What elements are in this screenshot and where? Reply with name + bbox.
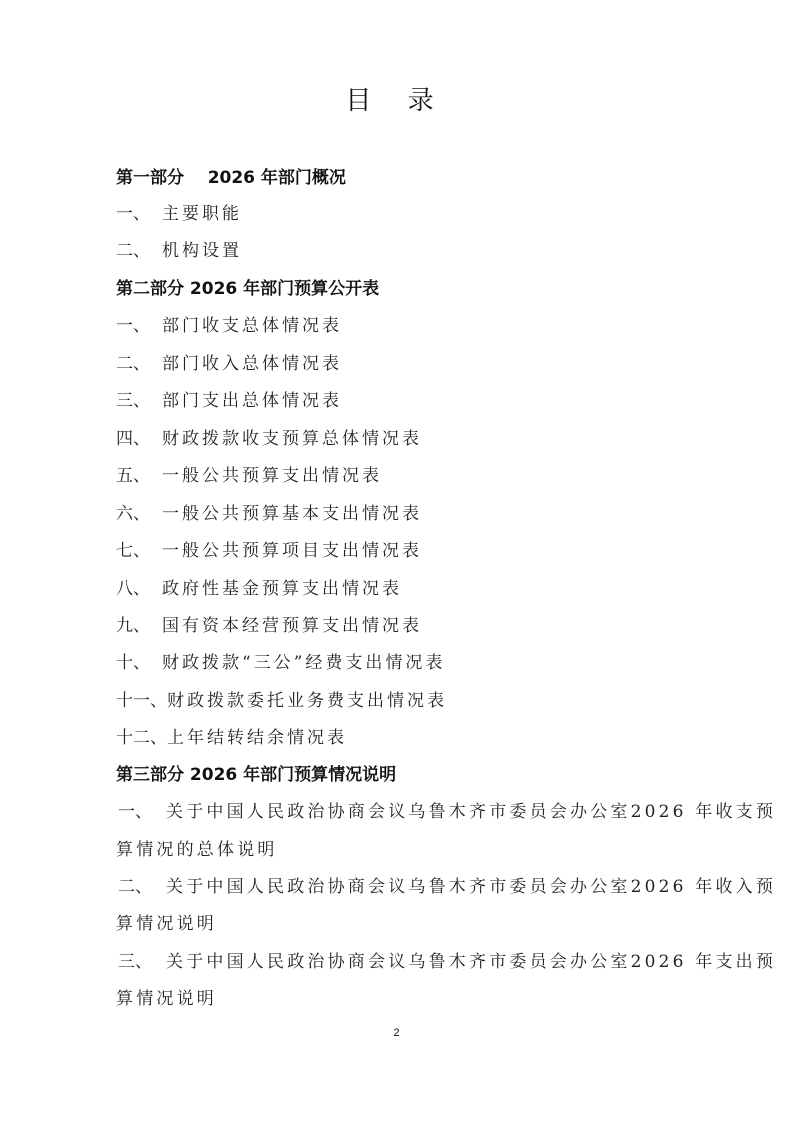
part-label: 第一部分 xyxy=(116,168,184,188)
toc-item[interactable]: 一、部门收支总体情况表 xyxy=(116,315,342,337)
part-title: 2026 年部门预算公开表 xyxy=(190,279,379,299)
item-text: 上年结转结余情况表 xyxy=(167,728,347,748)
item-text-continued: 算情况的总体说明 xyxy=(116,840,278,860)
toc-paragraph-3-line-1[interactable]: 三、关于中国人民政治协商会议乌鲁木齐市委员会办公室2026 年支出预 xyxy=(116,951,776,973)
item-text-continued: 算情况说明 xyxy=(116,914,217,934)
toc-part-1[interactable]: 第一部分 2026 年部门概况 xyxy=(116,167,346,189)
part-title: 2026 年部门预算情况说明 xyxy=(190,765,396,785)
item-number: 三、 xyxy=(118,952,152,972)
page-title: 目 录 xyxy=(0,80,793,117)
item-text: 部门收入总体情况表 xyxy=(162,354,342,374)
toc-item[interactable]: 九、国有资本经营预算支出情况表 xyxy=(116,615,422,637)
item-text: 财政拨款收支预算总体情况表 xyxy=(162,429,422,449)
toc-item[interactable]: 十二、上年结转结余情况表 xyxy=(116,727,347,749)
page-number: 2 xyxy=(0,1027,793,1039)
item-text: 主要职能 xyxy=(162,204,242,224)
item-number: 五、 xyxy=(116,465,162,487)
item-text-continued: 算情况说明 xyxy=(116,989,217,1009)
item-number: 六、 xyxy=(116,503,162,525)
item-text: 关于中国人民政治协商会议乌鲁木齐市委员会办公室2026 年支出预 xyxy=(166,952,776,972)
item-text: 关于中国人民政治协商会议乌鲁木齐市委员会办公室2026 年收支预 xyxy=(166,802,776,822)
toc-item[interactable]: 十、财政拨款“三公”经费支出情况表 xyxy=(116,652,445,674)
item-text: 一般公共预算支出情况表 xyxy=(162,466,382,486)
item-number: 四、 xyxy=(116,428,162,450)
item-text: 财政拨款“三公”经费支出情况表 xyxy=(162,653,445,673)
toc-paragraph-1-line-1[interactable]: 一、关于中国人民政治协商会议乌鲁木齐市委员会办公室2026 年收支预 xyxy=(116,801,776,823)
part-title: 2026 年部门概况 xyxy=(208,168,346,188)
item-number: 二、 xyxy=(116,240,162,262)
item-number: 二、 xyxy=(118,877,152,897)
item-text: 机构设置 xyxy=(162,241,242,261)
toc-paragraph-1-line-2[interactable]: 算情况的总体说明 xyxy=(116,839,278,861)
item-number: 十二、 xyxy=(116,727,167,749)
item-number: 一、 xyxy=(118,802,152,822)
item-number: 二、 xyxy=(116,353,162,375)
toc-item[interactable]: 五、一般公共预算支出情况表 xyxy=(116,465,382,487)
toc-part-2[interactable]: 第二部分 2026 年部门预算公开表 xyxy=(116,278,379,300)
toc-item[interactable]: 十一、财政拨款委托业务费支出情况表 xyxy=(116,690,447,712)
toc-item[interactable]: 一、主要职能 xyxy=(116,203,242,225)
item-text: 一般公共预算项目支出情况表 xyxy=(162,541,422,561)
item-number: 一、 xyxy=(116,315,162,337)
part-label: 第二部分 xyxy=(116,279,184,299)
item-text: 部门收支总体情况表 xyxy=(162,316,342,336)
item-number: 九、 xyxy=(116,615,162,637)
toc-part-3[interactable]: 第三部分 2026 年部门预算情况说明 xyxy=(116,764,396,786)
toc-item[interactable]: 二、机构设置 xyxy=(116,240,242,262)
item-text: 国有资本经营预算支出情况表 xyxy=(162,616,422,636)
toc-item[interactable]: 二、部门收入总体情况表 xyxy=(116,353,342,375)
toc-paragraph-2-line-1[interactable]: 二、关于中国人民政治协商会议乌鲁木齐市委员会办公室2026 年收入预 xyxy=(116,876,776,898)
toc-paragraph-2-line-2[interactable]: 算情况说明 xyxy=(116,913,217,935)
part-label: 第三部分 xyxy=(116,765,184,785)
item-number: 七、 xyxy=(116,540,162,562)
item-text: 财政拨款委托业务费支出情况表 xyxy=(167,691,447,711)
toc-item[interactable]: 七、一般公共预算项目支出情况表 xyxy=(116,540,422,562)
toc-item[interactable]: 六、一般公共预算基本支出情况表 xyxy=(116,503,422,525)
item-number: 一、 xyxy=(116,203,162,225)
toc-item[interactable]: 八、政府性基金预算支出情况表 xyxy=(116,578,402,600)
toc-item[interactable]: 三、部门支出总体情况表 xyxy=(116,390,342,412)
item-number: 三、 xyxy=(116,390,162,412)
item-text: 部门支出总体情况表 xyxy=(162,391,342,411)
item-text: 一般公共预算基本支出情况表 xyxy=(162,504,422,524)
toc-item[interactable]: 四、财政拨款收支预算总体情况表 xyxy=(116,428,422,450)
item-number: 十一、 xyxy=(116,690,167,712)
item-number: 八、 xyxy=(116,578,162,600)
toc-paragraph-3-line-2[interactable]: 算情况说明 xyxy=(116,988,217,1010)
item-text: 政府性基金预算支出情况表 xyxy=(162,579,402,599)
item-text: 关于中国人民政治协商会议乌鲁木齐市委员会办公室2026 年收入预 xyxy=(166,877,776,897)
item-number: 十、 xyxy=(116,652,162,674)
